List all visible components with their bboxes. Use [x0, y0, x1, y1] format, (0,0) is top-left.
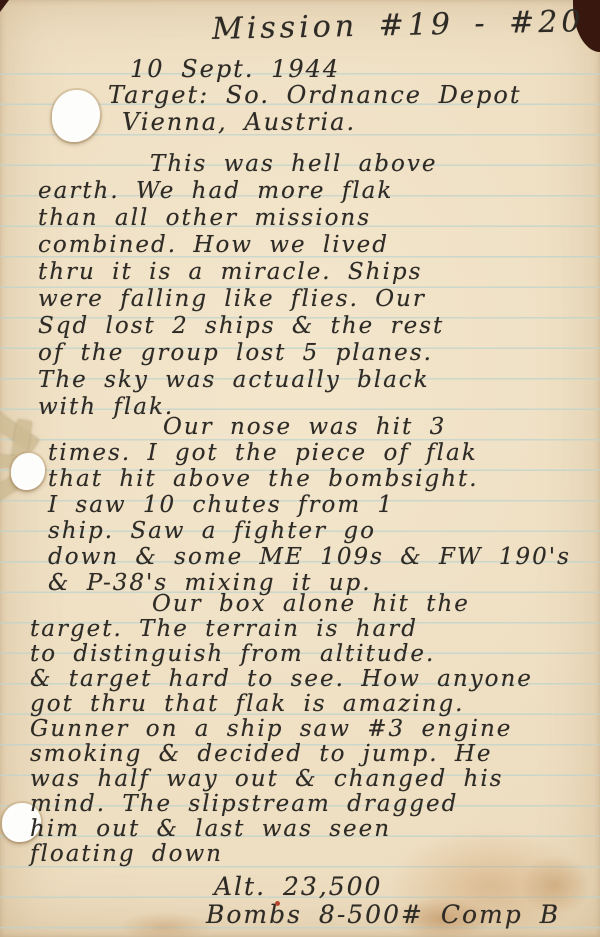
bombs-note: Bombs 8-500# Comp B: [206, 900, 560, 929]
punch-hole: [52, 90, 100, 142]
journal-paragraph-3: Our box alone hit the target. The terrai…: [30, 592, 590, 867]
page-corner-backing: [0, 0, 9, 12]
target-line-2: Vienna, Austria.: [122, 108, 356, 136]
mission-date: 10 Sept. 1944: [130, 55, 340, 83]
red-ink-dot: [275, 901, 280, 906]
stain: [118, 912, 213, 937]
notebook-page: Mission #19 - #20 10 Sept. 1944 Target: …: [0, 0, 600, 937]
altitude-note: Alt. 23,500: [214, 872, 382, 901]
journal-paragraph-2: Our nose was hit 3 times. I got the piec…: [48, 414, 588, 596]
journal-paragraph-1: This was hell above earth. We had more f…: [38, 151, 586, 421]
mission-title: Mission #19 - #20: [212, 4, 585, 47]
punch-hole: [11, 453, 45, 490]
target-line-1: Target: So. Ordnance Depot: [108, 81, 522, 109]
